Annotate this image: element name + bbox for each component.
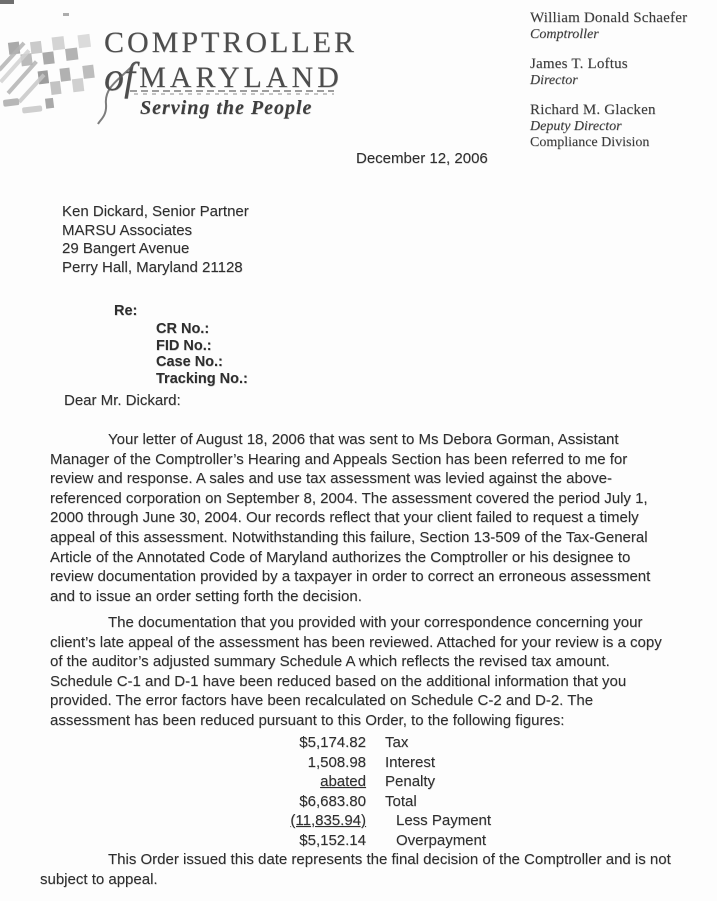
official-name: James T. Loftus <box>530 56 716 73</box>
official-title: Deputy Director <box>530 119 716 135</box>
maryland-flag-logo-icon <box>0 24 102 120</box>
body-paragraph-1: Your letter of August 18, 2006 that was … <box>50 430 656 606</box>
recipient-street-line: 29 Bangert Avenue <box>62 240 249 259</box>
re-item-case-no: Case No.: <box>156 354 248 371</box>
recipient-company-line: MARSU Associates <box>62 222 249 241</box>
official-name: Richard M. Glacken <box>530 102 716 119</box>
official-title2: Compliance Division <box>530 135 716 151</box>
body-paragraph-2: The documentation that you provided with… <box>50 613 662 731</box>
scan-artifact-mark <box>0 0 14 4</box>
figure-amount: abated <box>252 772 366 792</box>
figure-row-less-payment: (11,835.94) Less Payment <box>252 811 491 831</box>
closing-paragraph: This Order issued this date represents t… <box>40 850 688 889</box>
figure-amount: (11,835.94) <box>252 811 366 831</box>
figure-row-tax: $5,174.82 Tax <box>252 733 491 753</box>
re-item-fid-no: FID No.: <box>156 338 248 355</box>
official-comptroller: William Donald Schaefer Comptroller <box>530 10 716 43</box>
official-title: Director <box>530 73 716 89</box>
official-deputy-director: Richard M. Glacken Deputy Director Compl… <box>530 102 716 151</box>
agency-tagline: Serving the People <box>140 97 312 120</box>
figure-row-overpayment: $5,152.14 Overpayment <box>252 831 491 851</box>
recipient-city-line: Perry Hall, Maryland 21128 <box>62 259 249 278</box>
scan-artifact-dot <box>63 13 69 16</box>
agency-name-block: COMPTROLLER ofMARYLAND <box>104 28 357 94</box>
official-name: William Donald Schaefer <box>530 10 716 27</box>
figure-label: Overpayment <box>366 831 486 851</box>
figure-label: Total <box>366 792 417 812</box>
figure-row-total: $6,683.80 Total <box>252 792 491 812</box>
figure-row-interest: 1,508.98 Interest <box>252 753 491 773</box>
figure-label: Tax <box>366 733 408 753</box>
figure-label: Penalty <box>366 772 435 792</box>
assessment-figures-table: $5,174.82 Tax 1,508.98 Interest abated P… <box>252 733 491 850</box>
re-label: Re: <box>114 303 137 319</box>
figure-label: Interest <box>366 753 435 773</box>
officials-block: William Donald Schaefer Comptroller Jame… <box>530 10 716 164</box>
figure-amount: $6,683.80 <box>252 792 366 812</box>
salutation: Dear Mr. Dickard: <box>64 392 181 409</box>
re-item-tracking-no: Tracking No.: <box>156 371 248 388</box>
letter-date: December 12, 2006 <box>356 150 488 167</box>
re-item-cr-no: CR No.: <box>156 321 248 338</box>
official-title: Comptroller <box>530 27 716 43</box>
figure-row-penalty: abated Penalty <box>252 772 491 792</box>
figure-label: Less Payment <box>366 811 491 831</box>
figure-amount: $5,152.14 <box>252 831 366 851</box>
recipient-name-line: Ken Dickard, Senior Partner <box>62 203 249 222</box>
agency-name-line1: COMPTROLLER <box>104 28 357 58</box>
figure-amount: 1,508.98 <box>252 753 366 773</box>
tagline-smudge-line <box>130 90 334 96</box>
letter-page: COMPTROLLER ofMARYLAND Serving the Peopl… <box>0 0 717 901</box>
recipient-address-block: Ken Dickard, Senior Partner MARSU Associ… <box>62 203 249 277</box>
agency-name-line2: ofMARYLAND <box>104 58 357 94</box>
official-director: James T. Loftus Director <box>530 56 716 89</box>
re-reference-list: CR No.: FID No.: Case No.: Tracking No.: <box>156 321 248 387</box>
figure-amount: $5,174.82 <box>252 733 366 753</box>
